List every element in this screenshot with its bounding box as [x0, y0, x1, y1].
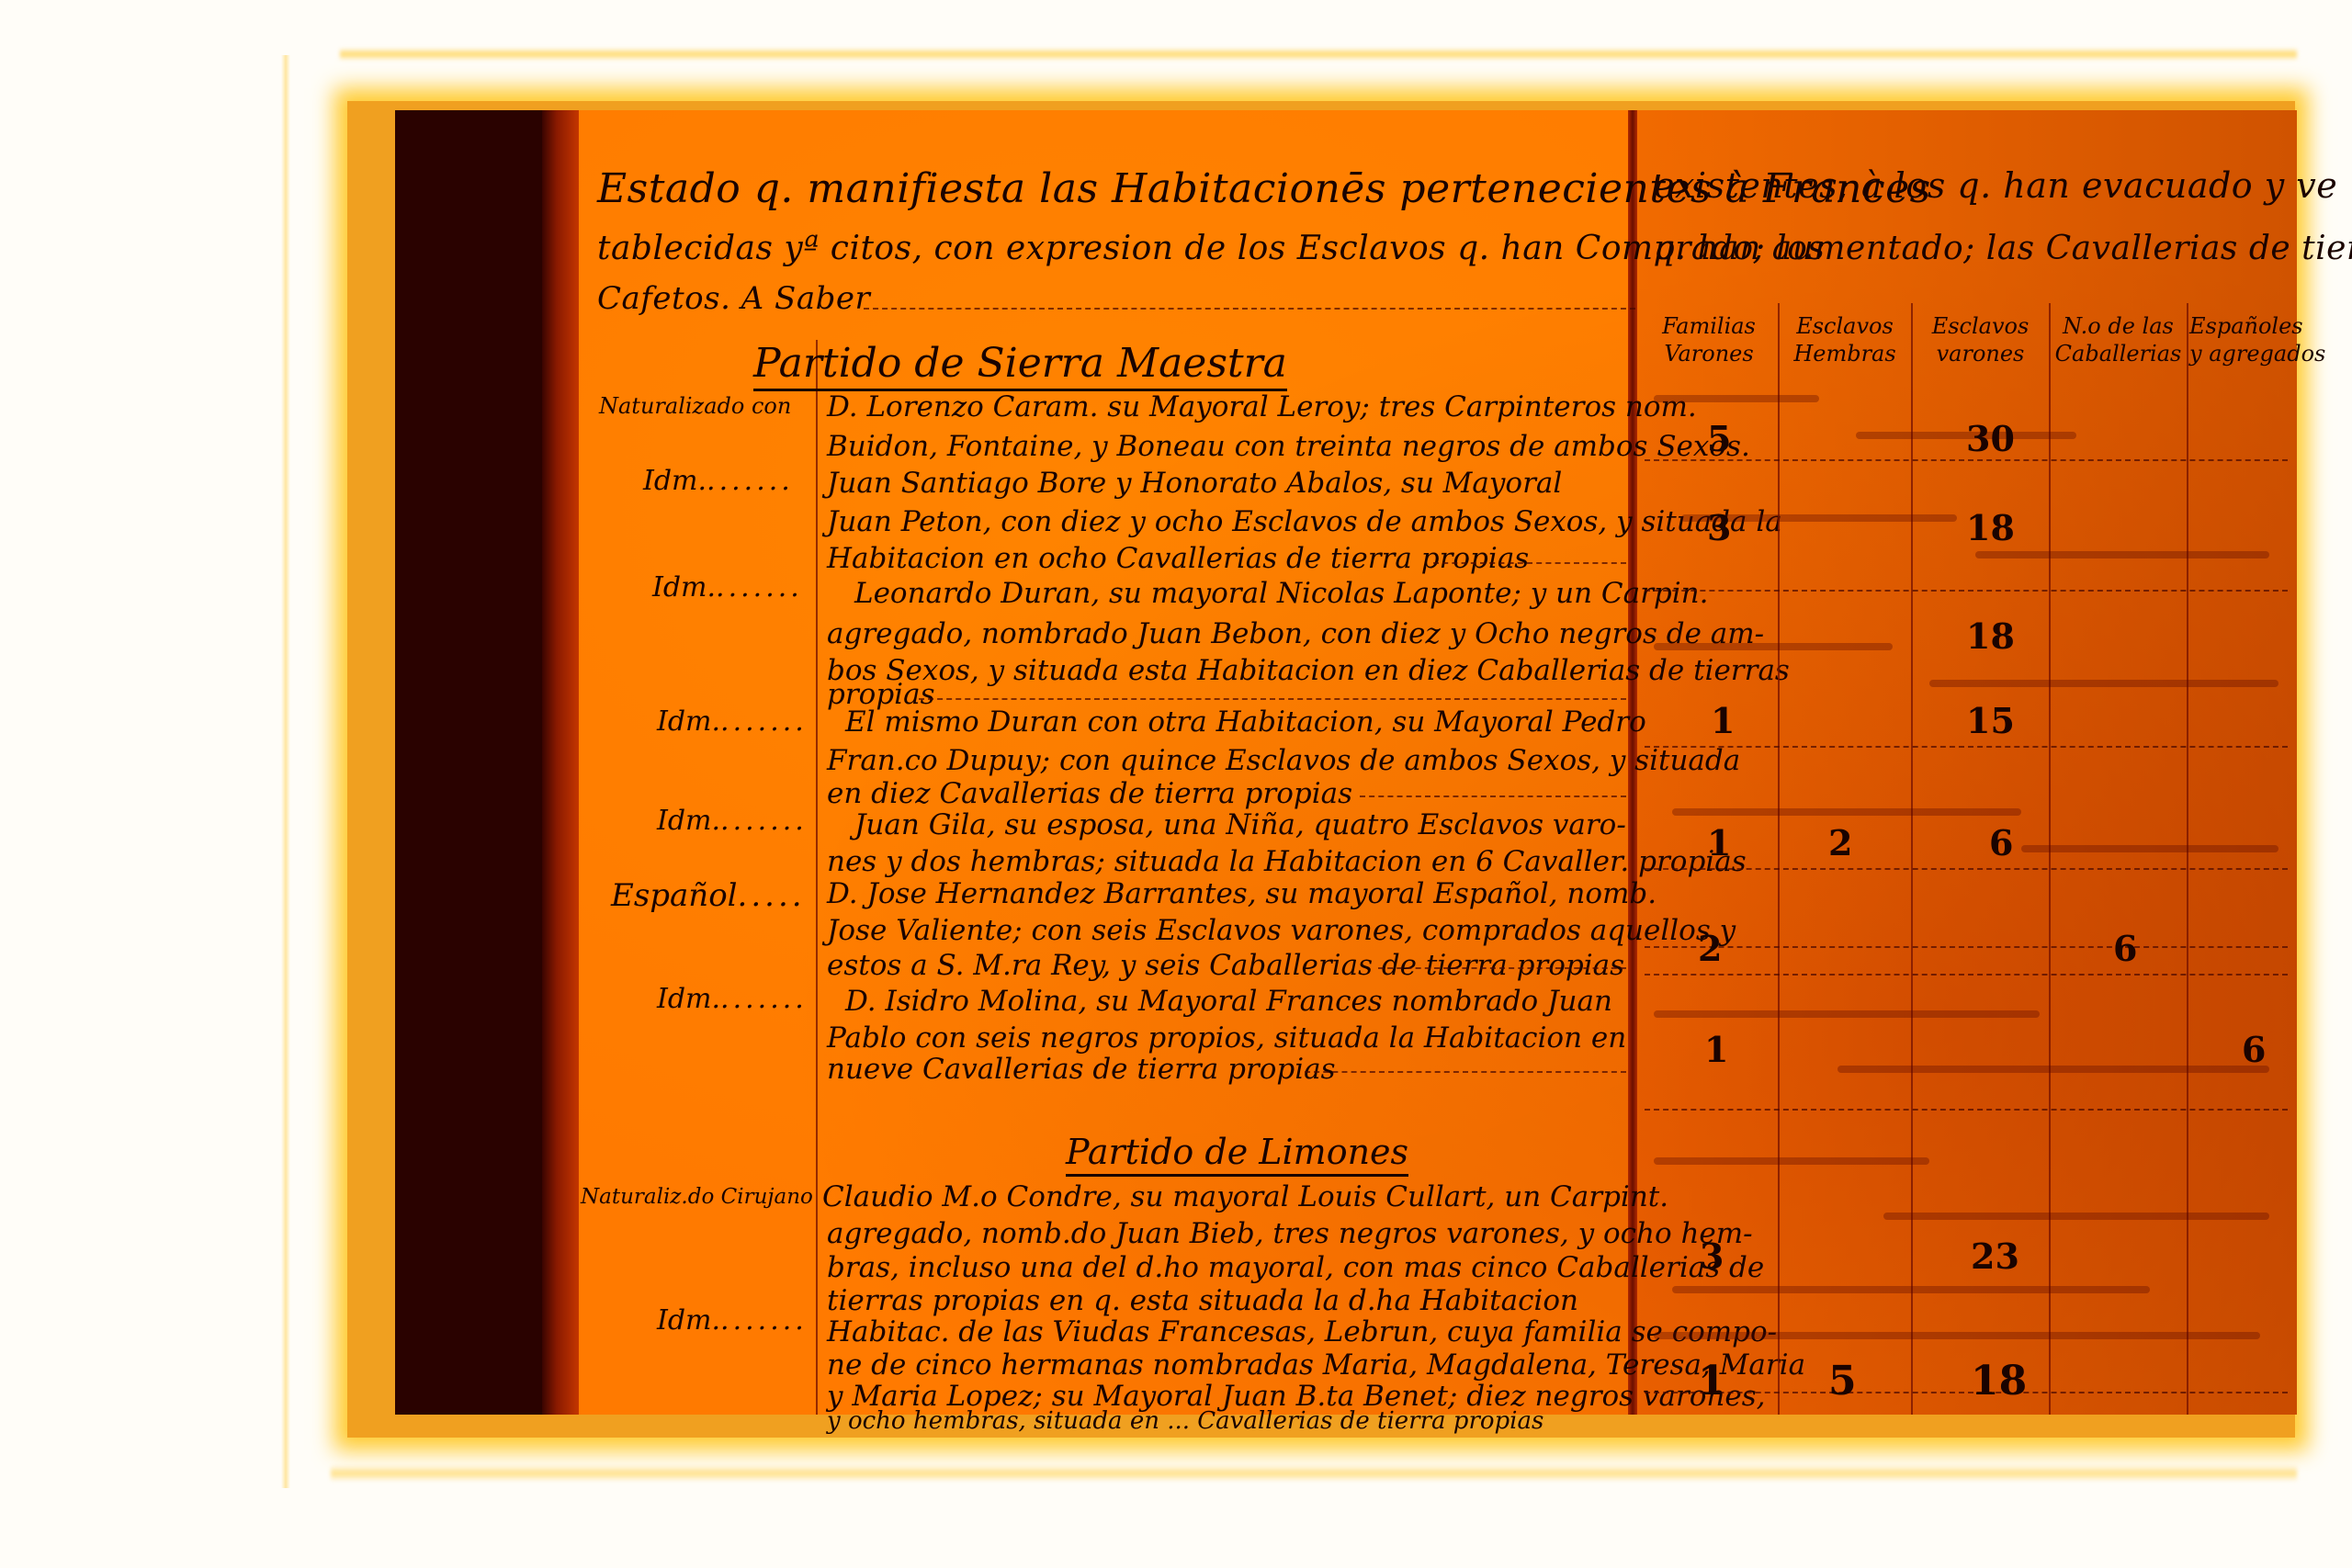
bleed-through-ink — [1929, 680, 2278, 687]
scan-glow-top — [340, 48, 2297, 61]
ledger-cell: 2 — [1828, 822, 1852, 863]
ledger-col-header-2: EsclavosHembras — [1781, 312, 1909, 367]
entry-end-dash — [1360, 795, 1626, 797]
ledger-cell: 6 — [2242, 1029, 2266, 1070]
bleed-through-ink — [1654, 1332, 2260, 1339]
ledger-col-header-1: FamiliasVarones — [1645, 312, 1773, 367]
ledger-row-rule — [1645, 1109, 2288, 1111]
entry-4-line-2: nes y dos hembras; situada la Habitacion… — [827, 845, 1747, 878]
ledger-col-header-4: N.o de lasCaballerias — [2052, 312, 2185, 367]
entry-2-line-2: agregado, nombrado Juan Bebon, con diez … — [827, 617, 1764, 650]
dot-leader: ..... — [738, 877, 806, 914]
dot-leader: ....... — [720, 705, 808, 738]
ledger-cell: 1 — [1704, 1029, 1728, 1070]
ledger-col-header-5: Españolesy agregados — [2189, 312, 2295, 367]
margin-note-text: Idm. — [657, 705, 720, 738]
entry-5-line-1: D. Jose Hernandez Barrantes, su mayoral … — [827, 877, 1657, 910]
ledger-col-rule — [2187, 303, 2188, 1415]
margin-note-text: Idm. — [657, 805, 720, 837]
entry-6-line-3: nueve Cavallerias de tierra propias — [827, 1053, 1336, 1086]
ledger-cell: 5 — [1707, 418, 1731, 459]
margin-note-text: Español — [611, 877, 738, 914]
bleed-through-ink — [1654, 1157, 1929, 1165]
entry-1-line-5: Habitacion en ocho Cavallerias de tierra… — [827, 542, 1529, 575]
entry-5-line-3: estos a S. M.ra Rey, y seis Caballerias … — [827, 949, 1624, 982]
entry-end-dash — [1433, 562, 1626, 564]
margin-note-entry-1: Naturalizado con — [599, 393, 791, 419]
entry-7-line-3: bras, incluso una del d.ho mayoral, con … — [827, 1251, 1764, 1284]
ledger-cell: 23 — [1971, 1235, 2019, 1277]
dot-leader: ....... — [720, 805, 808, 837]
margin-note-idem: Idm........ — [643, 465, 794, 497]
margin-note-entry-8: Idm........ — [657, 1304, 808, 1337]
margin-note-text: Idm. — [652, 571, 716, 604]
ledger-cell: 30 — [1966, 418, 2015, 459]
entry-2-line-1: Leonardo Duran, su mayoral Nicolas Lapon… — [854, 577, 1709, 610]
entry-2-line-3: bos Sexos, y situada esta Habitacion en … — [827, 654, 1790, 687]
entry-1-line-1: D. Lorenzo Caram. su Mayoral Leroy; tres… — [827, 390, 1697, 423]
entry-8-line-4: y ocho hembras, situada en ... Cavalleri… — [827, 1407, 1543, 1435]
bleed-through-ink — [1883, 1213, 2269, 1220]
ledger-cell: 5 — [1828, 1358, 1857, 1404]
col-header-line: Hembras — [1781, 340, 1909, 367]
margin-rule — [816, 340, 818, 1415]
header-line-3: Cafetos. A Saber — [597, 280, 870, 317]
col-header-line: Esclavos — [1914, 312, 2047, 340]
ledger-cell: 15 — [1966, 700, 2015, 741]
margin-note-entry-2: Idm........ — [652, 571, 803, 604]
dot-leader: ....... — [720, 983, 808, 1015]
ledger-cell: 18 — [1971, 1358, 2027, 1404]
margin-note-entry-7: Naturaliz.do Cirujano — [581, 1185, 813, 1209]
ledger-cell: 18 — [1966, 615, 2015, 657]
ledger-cell: 18 — [1966, 507, 2015, 548]
col-header-line: Españoles — [2189, 312, 2295, 340]
entry-end-dash — [1305, 1071, 1626, 1073]
bleed-through-ink — [1654, 643, 1893, 650]
header-line-1-right: existentes; à los q. han evacuado y ve — [1654, 165, 2337, 206]
entry-end-dash — [1378, 967, 1626, 969]
entry-3-line-2: Fran.co Dupuy; con quince Esclavos de am… — [827, 744, 1740, 777]
ledger-cell: 2 — [1698, 928, 1722, 969]
ledger-cell: 6 — [2113, 928, 2137, 969]
entry-end-dash — [919, 698, 1626, 700]
dot-leader: ....... — [720, 1304, 808, 1337]
entry-1-line-3: Juan Santiago Bore y Honorato Abalos, su… — [827, 467, 1562, 500]
header-line-2-right: q. han aumentado; las Cavallerias de tie… — [1654, 230, 2352, 267]
ledger-row-rule — [1645, 1392, 2288, 1393]
margin-note-text: Idm. — [657, 983, 720, 1015]
bleed-through-ink — [1975, 551, 2269, 558]
bleed-through-ink — [1837, 1066, 2269, 1073]
margin-note-text: Idm. — [657, 1304, 720, 1337]
entry-7-line-1: Claudio M.o Condre, su mayoral Louis Cul… — [822, 1180, 1668, 1213]
binding-spine-edge — [542, 110, 579, 1415]
bleed-through-ink — [1654, 395, 1819, 402]
col-header-line: Esclavos — [1781, 312, 1909, 340]
scan-glow-left — [281, 55, 290, 1488]
entry-4-line-1: Juan Gila, su esposa, una Niña, quatro E… — [854, 808, 1626, 841]
ledger-col-rule — [1911, 303, 1913, 1415]
bleed-through-ink — [1672, 808, 2021, 816]
entry-8-line-1: Habitac. de las Viudas Francesas, Lebrun… — [827, 1315, 1777, 1348]
dot-leader: ....... — [707, 465, 794, 497]
entry-6-line-1: D. Isidro Molina, su Mayoral Frances nom… — [845, 985, 1612, 1018]
ledger-col-rule — [2049, 303, 2051, 1415]
ledger-row-rule — [1645, 590, 2288, 592]
margin-note-entry-3: Idm........ — [657, 705, 808, 738]
dot-leader: ....... — [716, 571, 803, 604]
col-header-line: Caballerias — [2052, 340, 2185, 367]
ledger-row-rule — [1645, 746, 2288, 748]
ledger-cell: 1 — [1698, 1358, 1726, 1404]
ledger-col-header-3: Esclavosvarones — [1914, 312, 2047, 367]
bleed-through-ink — [1654, 1010, 2040, 1018]
entry-1-line-2: Buidon, Fontaine, y Boneau con treinta n… — [827, 430, 1750, 463]
entry-7-line-2: agregado, nomb.do Juan Bieb, tres negros… — [827, 1217, 1753, 1250]
entry-5-line-2: Jose Valiente; con seis Esclavos varones… — [827, 914, 1736, 947]
ledger-cell: 6 — [1989, 822, 2013, 863]
section-title-limones: Partido de Limones — [1066, 1132, 1408, 1177]
ledger-cell: 1 — [1711, 700, 1735, 741]
margin-note-entry-5: Español..... — [611, 877, 806, 914]
entry-7-line-4: tierras propias en q. esta situada la d.… — [827, 1284, 1578, 1317]
ledger-row-rule — [1645, 459, 2288, 461]
header-dash-rule — [864, 308, 1635, 310]
header-line-2-left: tablecidas yª citos, con expresion de lo… — [597, 230, 1825, 267]
margin-note-text: Idm. — [643, 465, 707, 497]
section-title-sierra-maestra: Partido de Sierra Maestra — [753, 340, 1287, 391]
col-header-line: Familias — [1645, 312, 1773, 340]
ledger-row-rule — [1645, 868, 2288, 870]
entry-3-line-3: en diez Cavallerias de tierra propias — [827, 777, 1352, 810]
col-header-line: Varones — [1645, 340, 1773, 367]
margin-note-entry-6: Idm........ — [657, 983, 808, 1015]
ledger-col-rule — [1778, 303, 1780, 1415]
entry-8-line-2: ne de cinco hermanas nombradas Maria, Ma… — [827, 1348, 1805, 1382]
col-header-line: varones — [1914, 340, 2047, 367]
entry-3-line-1: El mismo Duran con otra Habitacion, su M… — [845, 705, 1646, 739]
ledger-cell: 3 — [1700, 1235, 1724, 1277]
scan-glow-bottom — [331, 1465, 2297, 1482]
entry-6-line-2: Pablo con seis negros propios, situada l… — [827, 1021, 1626, 1055]
col-header-line: N.o de las — [2052, 312, 2185, 340]
bleed-through-ink — [2021, 845, 2278, 852]
ledger-cell: 1 — [1707, 822, 1731, 863]
bleed-through-ink — [1672, 1286, 2150, 1293]
entry-1-line-4: Juan Peton, con diez y ocho Esclavos de … — [827, 505, 1782, 538]
ledger-row-rule — [1645, 974, 2288, 976]
ledger-row-rule — [1645, 946, 2288, 948]
col-header-line: y agregados — [2189, 340, 2295, 367]
ledger-cell: 3 — [1707, 507, 1731, 548]
margin-note-entry-4: Idm........ — [657, 805, 808, 837]
